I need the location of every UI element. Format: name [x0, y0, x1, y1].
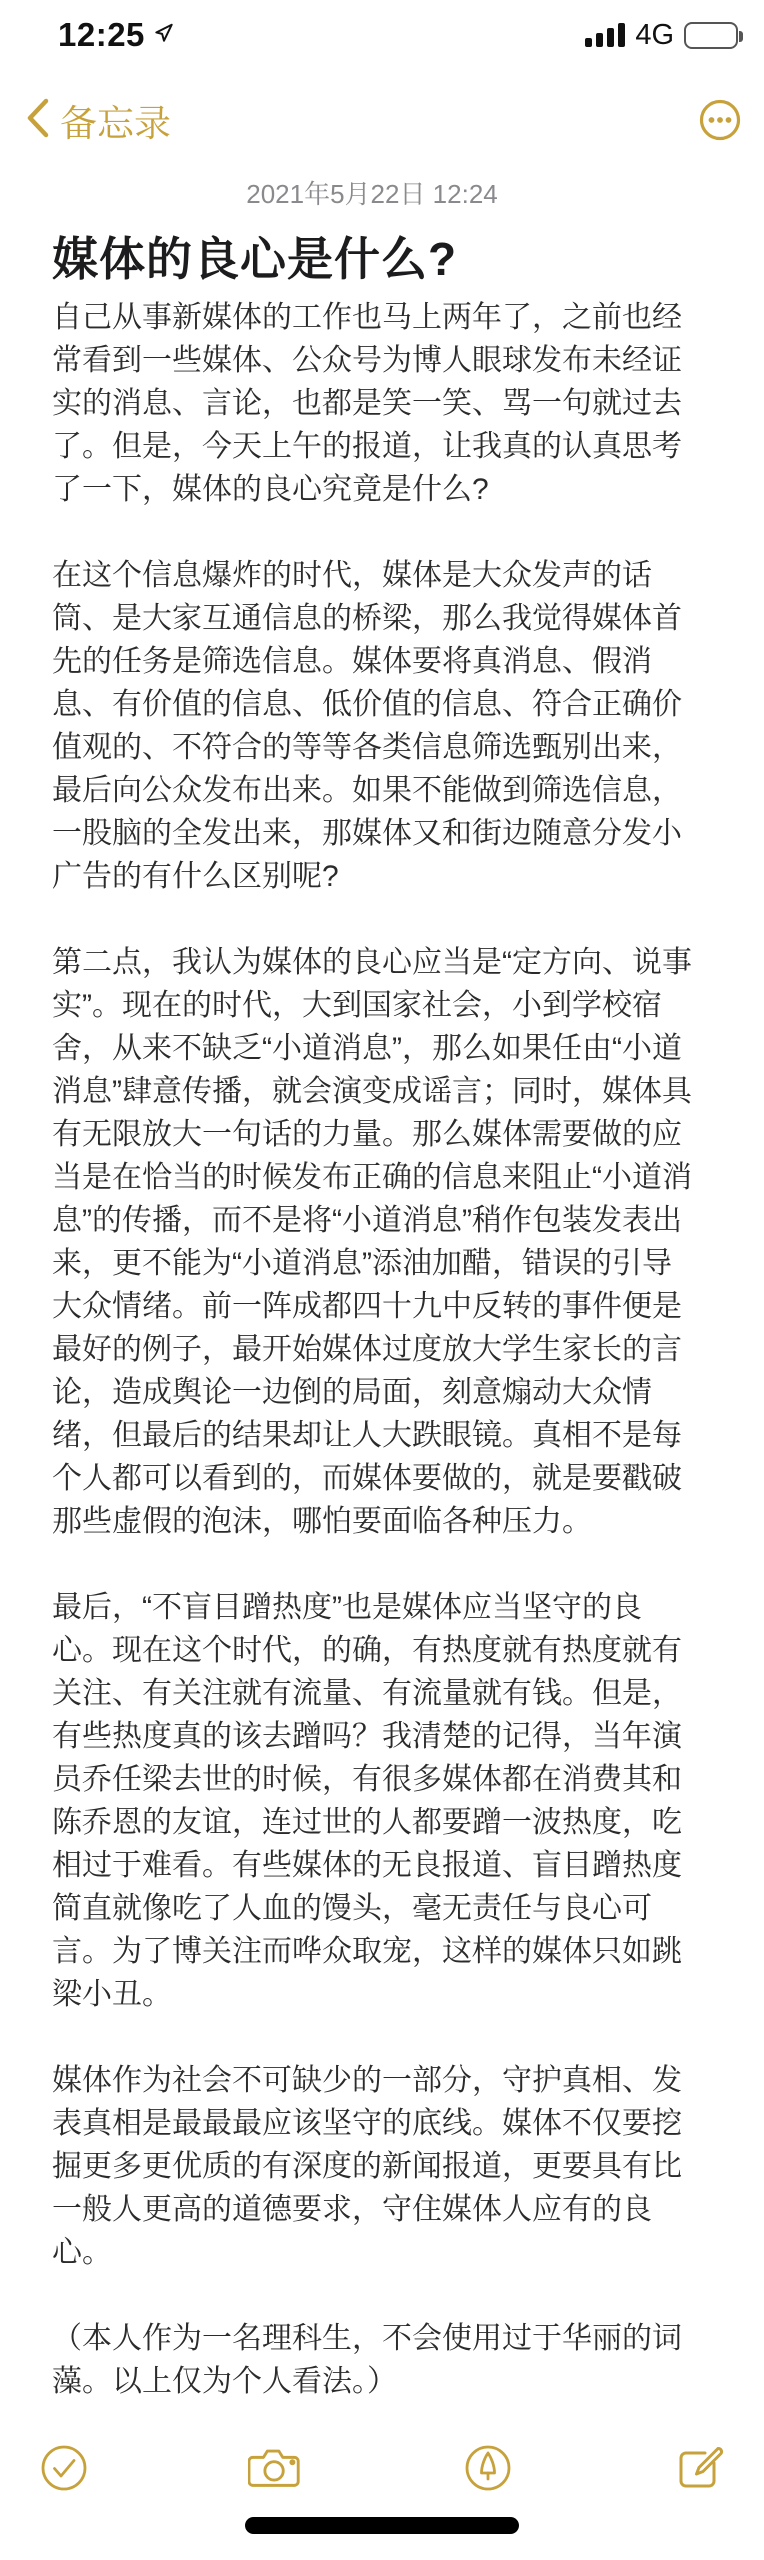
back-button[interactable]: 备忘录: [26, 93, 171, 147]
more-options-button[interactable]: [698, 98, 742, 142]
status-bar: 12:25 4G: [0, 0, 764, 56]
note-paragraph: （本人作为一名理科生，不会使用过于华丽的词藻。以上仅为个人看法。）: [52, 2317, 692, 2403]
battery-icon: [684, 22, 738, 49]
signal-strength-icon: [585, 23, 625, 47]
back-button-label: 备忘录: [60, 93, 171, 147]
checklist-button[interactable]: [36, 2440, 92, 2496]
note-title: 媒体的良心是什么?: [52, 230, 700, 288]
markup-pen-button[interactable]: [460, 2440, 516, 2496]
location-arrow-icon: [153, 22, 175, 49]
note-paragraph: 第二点，我认为媒体的良心应当是“定方向、说事实”。现在的时代，大到国家社会，小到…: [52, 941, 692, 1543]
chevron-left-icon: [26, 98, 50, 143]
note-paragraph: 最后，“不盲目蹭热度”也是媒体应当坚守的良心。现在这个时代，的确，有热度就有热度…: [52, 1586, 692, 2016]
home-indicator[interactable]: [245, 2517, 519, 2534]
note-content[interactable]: 2021年5月22日 12:24 媒体的良心是什么? 自己从事新媒体的工作也马上…: [52, 170, 700, 2403]
note-body: 自己从事新媒体的工作也马上两年了，之前也经常看到一些媒体、公众号为博人眼球发布未…: [52, 296, 700, 2403]
camera-button[interactable]: [248, 2440, 304, 2496]
notes-app-screen: 12:25 4G 备忘录: [0, 0, 764, 2560]
note-paragraph: 自己从事新媒体的工作也马上两年了，之前也经常看到一些媒体、公众号为博人眼球发布未…: [52, 296, 692, 511]
note-paragraph: 媒体作为社会不可缺少的一部分，守护真相、发表真相是最最最应该坚守的底线。媒体不仅…: [52, 2059, 692, 2274]
note-timestamp: 2021年5月22日 12:24: [52, 180, 692, 208]
bottom-toolbar: [0, 2440, 764, 2496]
compose-button[interactable]: [672, 2440, 728, 2496]
network-type-label: 4G: [635, 19, 674, 52]
nav-bar: 备忘录: [0, 88, 764, 152]
status-time: 12:25: [58, 16, 145, 54]
note-paragraph: 在这个信息爆炸的时代，媒体是大众发声的话筒、是大家互通信息的桥梁，那么我觉得媒体…: [52, 554, 692, 898]
